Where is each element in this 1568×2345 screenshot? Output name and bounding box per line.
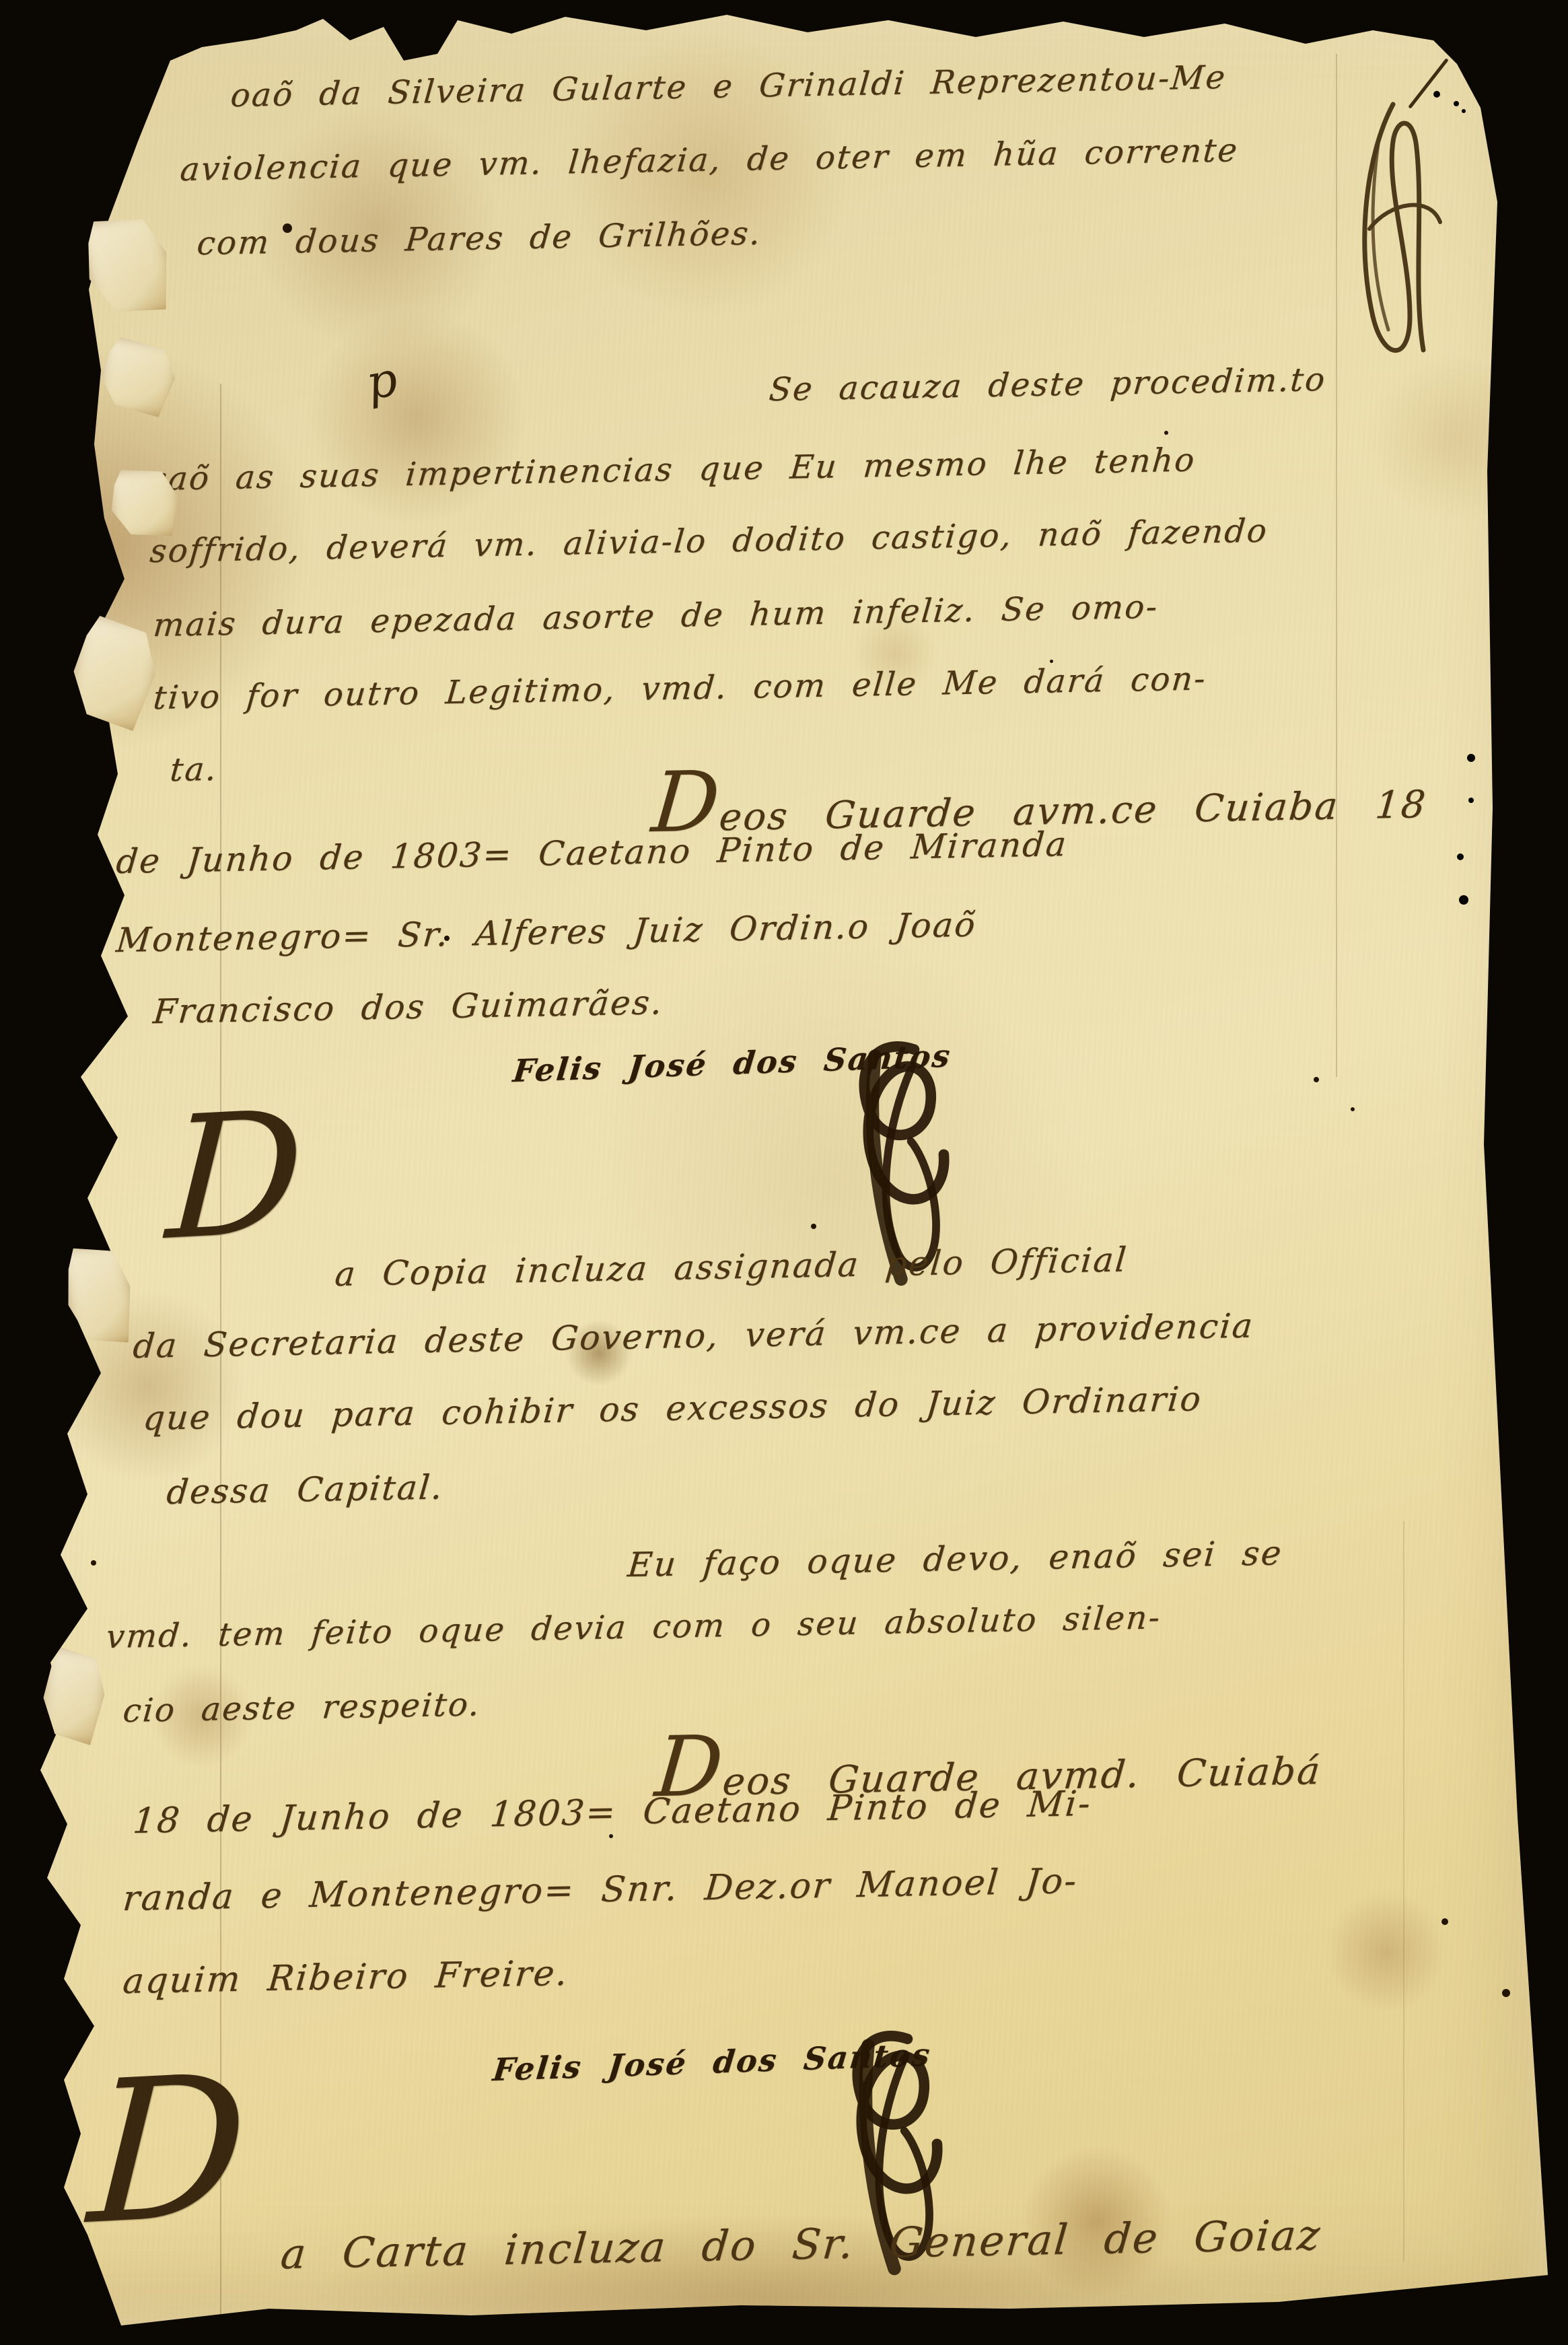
manuscript-line: ta. (169, 753, 219, 786)
paper-hole (1457, 853, 1464, 860)
manuscript-line: cio aeste respeito. (122, 1688, 483, 1727)
ink-speck (91, 1560, 96, 1566)
paper-hole (1468, 798, 1474, 803)
ink-speck (1441, 1918, 1448, 1925)
manuscript-line: tivo for outro Legitimo, vmd. com elle M… (152, 662, 1208, 714)
manuscript-line: soffrido, deverá vm. alivia-lo dodito ca… (149, 515, 1270, 568)
fold-crease (1403, 1521, 1404, 2262)
manuscript-line: Montenegro= Sr. Alferes Juiz Ordin.o Joa… (115, 908, 978, 958)
manuscript-line: a Carta incluza do Sr. General de Goiaz (279, 2214, 1323, 2275)
manuscript-line: aquim Ribeiro Freire. (121, 1956, 570, 1999)
manuscript-line: dessa Capital. (166, 1470, 446, 1509)
paper-hole (1467, 754, 1475, 762)
manuscript-line: vmd. tem feito oque devia com o seu abso… (105, 1601, 1163, 1653)
ink-speck (609, 1834, 613, 1838)
ink-speck (1164, 431, 1168, 435)
manuscript-line: Francisco dos Guimarães. (152, 985, 665, 1028)
manuscript-line: com dous Pares de Grilhões. (196, 217, 763, 260)
manuscript-line: de Junho de 1803= Caetano Pinto de Miran… (115, 827, 1069, 878)
manuscript-line: 18 de Junho de 1803= Caetano Pinto de Mi… (131, 1786, 1093, 1839)
manuscript-line: aviolencia que vm. lhefazia, de oter em … (179, 134, 1240, 186)
ink-speck (1314, 1077, 1319, 1082)
manuscript-line: mais dura epezada asorte de hum infeliz.… (152, 591, 1160, 641)
manuscript-line: da Secretaria deste Governo, verá vm.ce … (132, 1308, 1256, 1363)
paper-hole (1459, 895, 1468, 905)
manuscript-line: a Copia incluza assignada pelo Official (334, 1242, 1129, 1291)
manuscript-line: oaõ da Silveira Gularte e Grinaldi Repre… (229, 61, 1228, 112)
manuscript-page: p J oaõ da Silveira Gularte e Grinaldi R… (27, 7, 1555, 2336)
drop-cap: D (86, 2068, 250, 2233)
manuscript-line: que dou para cohibir os excessos do Juiz… (142, 1382, 1204, 1435)
drop-cap: D (164, 1105, 306, 1247)
ink-speck (1502, 1989, 1510, 1997)
drop-cap: J (95, 29, 159, 148)
manuscript-line: Eu faço oque devo, enaõ sei se (627, 1536, 1285, 1582)
ink-blot: p (362, 351, 401, 411)
corner-paraph-icon (1329, 94, 1457, 377)
ink-speck (1351, 1107, 1355, 1111)
manuscript-line: saõ as suas impertinencias que Eu mesmo … (149, 444, 1197, 496)
manuscript-line: Se acauza deste procedim.to (768, 363, 1328, 406)
photo-stage: p J oaõ da Silveira Gularte e Grinaldi R… (0, 0, 1568, 2345)
paper-hole (1462, 109, 1466, 113)
manuscript-line: randa e Montenegro= Snr. Dez.or Manoel J… (121, 1864, 1079, 1916)
